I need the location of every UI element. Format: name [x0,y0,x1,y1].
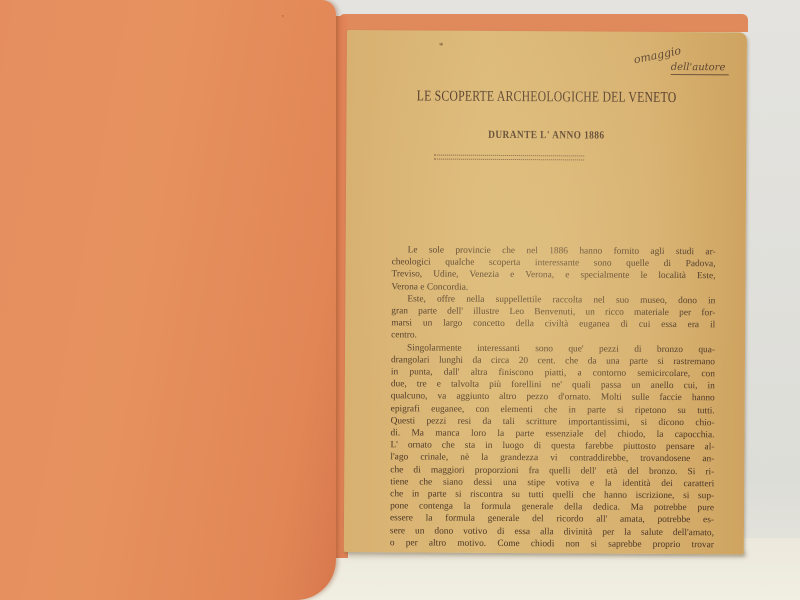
cover-stain-mark: ' [282,14,288,24]
document-body: Le sole provincie che nel 1886 hanno for… [390,244,716,551]
text-line: marsi un largo concetto della civiltà eu… [391,317,715,331]
text-line: o per altro motivo. Come chiodi non si s… [390,537,714,551]
handwritten-inscription: omaggio dell'autore [627,44,737,76]
document-page: * omaggio dell'autore Le Scoperte Archeo… [344,30,747,554]
back-cover-top-edge [340,14,748,32]
page-speck: * [439,41,444,51]
document-title: Le Scoperte Archeologiche del Veneto [391,88,703,107]
inscription-line-1: omaggio [633,34,737,66]
front-cover-open[interactable]: ' [0,0,336,600]
title-rule-ornament [434,155,584,161]
inscription-line-2: dell'autore [671,63,729,75]
document-subtitle: DURANTE L' ANNO 1886 [376,128,716,142]
